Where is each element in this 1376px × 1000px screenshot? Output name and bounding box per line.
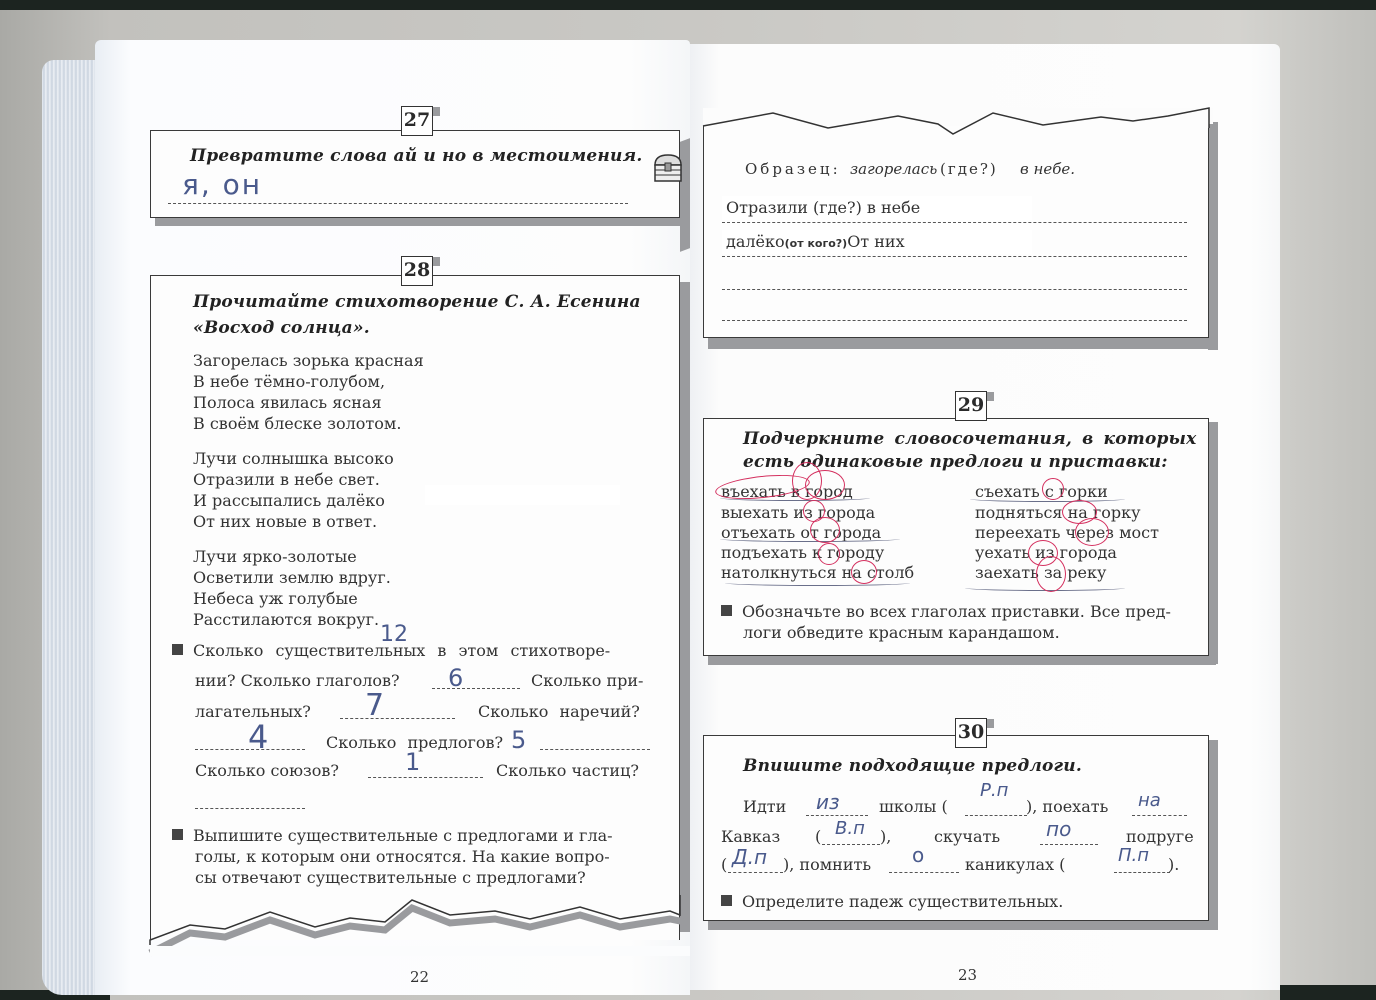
task-line: голы, к которым они относятся. На какие … — [195, 847, 610, 866]
typed-answer-line: Отразили (где?) в небе — [726, 198, 920, 217]
exercise-number-badge: 29 — [955, 391, 987, 421]
sample-question: (где?) — [940, 160, 998, 178]
box-shadow — [1208, 740, 1218, 930]
fill-line: скучать — [934, 827, 1000, 846]
fill-line: школы ( — [879, 797, 948, 816]
question-line: Сколько союзов? — [195, 761, 339, 780]
fill-line: Кавказ — [721, 827, 780, 846]
task-line: Определите падеж существительных. — [721, 892, 1063, 911]
box-shadow — [1208, 122, 1218, 350]
answer-blank[interactable] — [1040, 844, 1098, 845]
phrase-item: подъехать к городу — [721, 543, 884, 562]
poem-line: Загорелась зорька красная — [193, 351, 424, 370]
poem-line: Расстилаются вокруг. — [193, 610, 379, 629]
page-number: 22 — [410, 968, 429, 986]
treasure-chest-icon — [651, 151, 685, 185]
exercise-29-title: Подчеркните словосочетания, в которых — [743, 429, 1196, 449]
red-pencil-circle — [851, 560, 877, 584]
pen-underline — [720, 536, 900, 542]
exercise-number-badge: 30 — [955, 718, 987, 748]
fill-line: ), — [880, 827, 891, 846]
poem-line: Лучи ярко-золотые — [193, 547, 357, 566]
fill-line: подруге — [1126, 827, 1194, 846]
poem-line: В своём блеске золотом. — [193, 414, 401, 433]
bullet-icon — [721, 605, 732, 616]
task-line: Выпишите существительные с предлогами и … — [172, 826, 613, 845]
poem-line: От них новые в ответ. — [193, 512, 377, 531]
handwritten-answer-prepositions: 5 — [511, 726, 526, 754]
book-page-stack — [42, 60, 102, 995]
handwritten-answer-conjunctions: 1 — [405, 748, 420, 776]
handwritten-answer-nouns: 12 — [380, 622, 408, 647]
handwritten-case: В.п — [835, 818, 865, 839]
scan-bottom-edge-right — [1280, 985, 1376, 1000]
sample-label: Образец: — [745, 160, 841, 178]
bullet-icon — [721, 895, 732, 906]
handwritten-answer: я, он — [182, 168, 262, 201]
box-shadow — [708, 655, 1216, 665]
fill-line: ), поехать — [1026, 797, 1108, 816]
red-pencil-circle — [818, 543, 840, 565]
handwritten-preposition: из — [816, 790, 840, 814]
handwritten-preposition: на — [1138, 790, 1161, 811]
pen-underline — [725, 580, 910, 586]
torn-edge-bottom — [150, 895, 690, 955]
answer-line — [722, 320, 1187, 321]
task-line: Обозначьте во всех глаголах приставки. В… — [721, 602, 1171, 621]
answer-blank[interactable] — [889, 872, 959, 873]
handwritten-answer-adverbs: 4 — [248, 718, 268, 756]
answer-line — [368, 777, 483, 778]
task-line: сы отвечают существительные с предлогами… — [195, 868, 586, 887]
answer-line — [168, 203, 628, 204]
box-shadow — [708, 337, 1216, 349]
answer-blank[interactable] — [806, 815, 868, 816]
red-pencil-circle — [1042, 478, 1064, 500]
answer-line — [432, 688, 520, 689]
poem-line: Осветили землю вдруг. — [193, 568, 391, 587]
sample-object: в небе. — [1020, 160, 1075, 178]
answer-blank[interactable] — [965, 815, 1027, 816]
red-pencil-circle — [1036, 556, 1066, 592]
handwritten-case: П.п — [1118, 845, 1149, 866]
poem-line: Полоса явилась ясная — [193, 393, 382, 412]
exercise-number-badge: 27 — [401, 106, 433, 136]
phrase-item: выехать из города — [721, 503, 875, 522]
fill-line: каникулах ( — [965, 855, 1065, 874]
torn-edge-top — [703, 108, 1213, 138]
answer-line — [340, 718, 455, 719]
answer-blank[interactable] — [728, 872, 783, 873]
phrase-item: переехать через мост — [975, 523, 1159, 542]
bullet-icon — [172, 829, 183, 840]
handwritten-preposition: о — [912, 843, 924, 867]
exercise-number-badge: 28 — [401, 256, 433, 286]
answer-line — [195, 808, 305, 809]
phrase-item: подняться на горку — [975, 503, 1141, 522]
poem-line: Небеса уж голубые — [193, 589, 358, 608]
exercise-27-title: Превратите слова ай и но в местоимения. — [190, 146, 642, 166]
answer-line — [540, 749, 650, 750]
question-line: Сколько частиц? — [496, 761, 639, 780]
exercise-30-title: Впишите подходящие предлоги. — [743, 756, 1082, 776]
typed-answer-line: далёко(от кого?)От них — [726, 232, 905, 251]
poem-line: Отразили в небе свет. — [193, 470, 380, 489]
red-pencil-circle — [805, 470, 845, 500]
answer-line — [722, 289, 1187, 290]
answer-blank[interactable] — [1132, 815, 1187, 816]
answer-line — [722, 256, 1187, 257]
box-shadow — [680, 282, 690, 932]
question-line: Сколько при- — [531, 671, 643, 690]
answer-line — [722, 222, 1187, 223]
fill-line: Идти — [743, 797, 786, 816]
fill-line: ( — [721, 855, 727, 874]
box-shadow — [708, 920, 1216, 930]
exercise-28-title-line2: «Восход солнца». — [193, 318, 370, 338]
exercise-28-title: Прочитайте стихотворение С. А. Есенина — [193, 292, 641, 312]
fill-line: ), помнить — [783, 855, 871, 874]
box-shadow — [1208, 422, 1218, 664]
red-pencil-circle — [1075, 518, 1109, 546]
fill-line: ( — [815, 827, 821, 846]
box-shadow — [155, 217, 685, 226]
handwritten-case: Р.п — [980, 780, 1008, 801]
scan-top-edge — [0, 0, 1376, 10]
poem-line: И рассыпались далёко — [193, 491, 385, 510]
answer-blank[interactable] — [822, 844, 880, 845]
task-line: логи обведите красным карандашом. — [743, 623, 1060, 642]
sample-verb: загорелась — [850, 160, 937, 178]
handwritten-preposition: по — [1046, 817, 1071, 841]
poem-line: Лучи солнышка высоко — [193, 449, 394, 468]
white-correction-patch — [425, 485, 620, 505]
fill-line: ). — [1168, 855, 1179, 874]
question-line: Сколько наречий? — [478, 702, 640, 721]
red-pencil-circle — [810, 517, 840, 543]
answer-blank[interactable] — [1114, 872, 1170, 873]
handwritten-answer-adjectives: 7 — [365, 688, 384, 723]
handwritten-case: Д.п — [732, 845, 767, 869]
bullet-icon — [172, 644, 183, 655]
page-number: 23 — [958, 966, 977, 984]
poem-line: В небе тёмно-голубом, — [193, 372, 385, 391]
handwritten-answer-verbs: 6 — [448, 664, 463, 692]
